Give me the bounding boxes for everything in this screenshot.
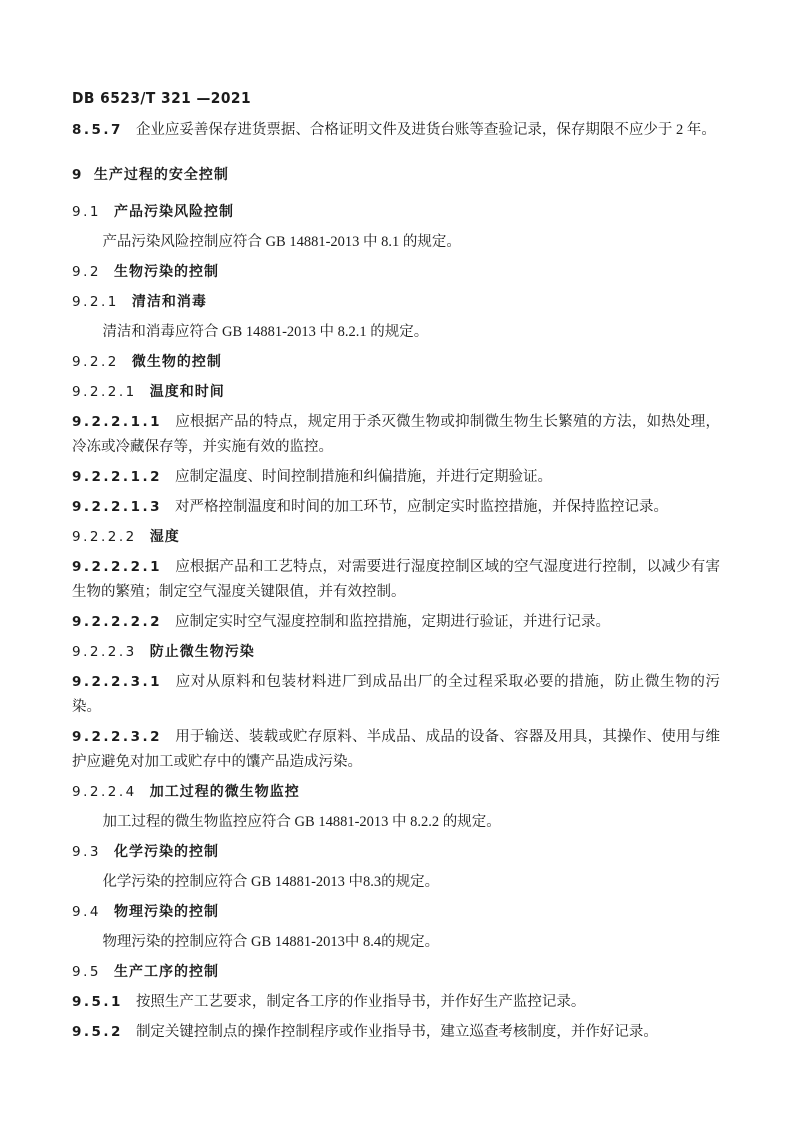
- clause-text: 制定关键控制点的操作控制程序或作业指导书，建立巡查考核制度，并作好记录。: [136, 1024, 658, 1040]
- heading-number: 9.2.2.1: [72, 384, 137, 400]
- heading-number: 9.3: [72, 844, 101, 860]
- clause-text: 应对从原料和包装材料进厂到成品出厂的全过程采取必要的措施，防止微生物的污染。: [72, 674, 720, 715]
- heading-9-2-2-4: 9.2.2.4加工过程的微生物监控: [72, 780, 720, 805]
- heading-number: 9.2: [72, 264, 101, 280]
- body-text: 物理污染的控制应符合 GB 14881-2013中 8.4的规定。: [102, 934, 439, 950]
- body-paragraph-9-4: 物理污染的控制应符合 GB 14881-2013中 8.4的规定。: [72, 930, 720, 955]
- heading-title: 温度和时间: [150, 384, 225, 400]
- clause-number: 9.2.2.2.2: [72, 614, 162, 630]
- body-paragraph-9-2-2-4: 加工过程的微生物监控应符合 GB 14881-2013 中 8.2.2 的规定。: [72, 810, 720, 835]
- document-page: DB 6523/T 321 —2021 8.5.7企业应妥善保存进货票据、合格证…: [0, 0, 793, 1122]
- clause-text: 按照生产工艺要求，制定各工序的作业指导书，并作好生产监控记录。: [136, 994, 586, 1010]
- clause-number: 9.5.1: [72, 994, 123, 1010]
- clause-9-5-2: 9.5.2制定关键控制点的操作控制程序或作业指导书，建立巡查考核制度，并作好记录…: [72, 1020, 720, 1045]
- clause-9-5-1: 9.5.1按照生产工艺要求，制定各工序的作业指导书，并作好生产监控记录。: [72, 990, 720, 1015]
- clause-number: 9.2.2.3.2: [72, 729, 162, 745]
- heading-number: 9.2.1: [72, 294, 119, 310]
- heading-number: 9.2.2: [72, 354, 119, 370]
- heading-title: 化学污染的控制: [114, 844, 219, 860]
- standard-number-header: DB 6523/T 321 —2021: [72, 88, 668, 108]
- heading-9-4: 9.4物理污染的控制: [72, 900, 720, 925]
- body-text: 产品污染风险控制应符合 GB 14881-2013 中 8.1 的规定。: [102, 234, 460, 250]
- body-text: 加工过程的微生物监控应符合 GB 14881-2013 中 8.2.2 的规定。: [102, 814, 500, 830]
- clause-text: 应制定温度、时间控制措施和纠偏措施，并进行定期验证。: [175, 469, 552, 485]
- clause-text: 应根据产品的特点，规定用于杀灭微生物或抑制微生物生长繁殖的方法，如热处理，冷冻或…: [72, 414, 720, 455]
- heading-title: 微生物的控制: [132, 354, 222, 370]
- clause-number: 8.5.7: [72, 122, 123, 138]
- heading-title: 清洁和消毒: [132, 294, 207, 310]
- clause-9-2-2-3-2: 9.2.2.3.2用于输送、装载或贮存原料、半成品、成品的设备、容器及用具，其操…: [72, 725, 720, 775]
- heading-title: 加工过程的微生物监控: [150, 784, 300, 800]
- clause-text: 用于输送、装载或贮存原料、半成品、成品的设备、容器及用具，其操作、使用与维护应避…: [72, 729, 720, 770]
- clause-text: 应制定实时空气湿度控制和监控措施，定期进行验证，并进行记录。: [175, 614, 610, 630]
- clause-9-2-2-1-2: 9.2.2.1.2应制定温度、时间控制措施和纠偏措施，并进行定期验证。: [72, 465, 720, 490]
- clause-text: 企业应妥善保存进货票据、合格证明文件及进货台账等查验记录，保存期限不应少于 2 …: [136, 122, 716, 138]
- heading-title: 生物污染的控制: [114, 264, 219, 280]
- heading-title: 生产过程的安全控制: [94, 167, 229, 183]
- clause-9-2-2-1-1: 9.2.2.1.1应根据产品的特点，规定用于杀灭微生物或抑制微生物生长繁殖的方法…: [72, 410, 720, 460]
- heading-title: 物理污染的控制: [114, 904, 219, 920]
- clause-9-2-2-1-3: 9.2.2.1.3对严格控制温度和时间的加工环节，应制定实时监控措施，并保持监控…: [72, 495, 720, 520]
- heading-number: 9.4: [72, 904, 101, 920]
- heading-9-3: 9.3化学污染的控制: [72, 840, 720, 865]
- body-paragraph-9-3: 化学污染的控制应符合 GB 14881-2013 中8.3的规定。: [72, 870, 720, 895]
- clause-number: 9.2.2.2.1: [72, 559, 162, 575]
- heading-number: 9.5: [72, 964, 101, 980]
- heading-9-2-1: 9.2.1清洁和消毒: [72, 290, 720, 315]
- body-text: 清洁和消毒应符合 GB 14881-2013 中 8.2.1 的规定。: [102, 324, 428, 340]
- clause-number: 9.5.2: [72, 1024, 123, 1040]
- heading-9-5: 9.5生产工序的控制: [72, 960, 720, 985]
- heading-9-2-2-3: 9.2.2.3防止微生物污染: [72, 640, 720, 665]
- heading-9-2-2-2: 9.2.2.2湿度: [72, 525, 720, 550]
- clause-9-2-2-2-1: 9.2.2.2.1应根据产品和工艺特点，对需要进行湿度控制区域的空气湿度进行控制…: [72, 555, 720, 605]
- clause-8-5-7: 8.5.7企业应妥善保存进货票据、合格证明文件及进货台账等查验记录，保存期限不应…: [72, 118, 720, 143]
- clause-text: 应根据产品和工艺特点，对需要进行湿度控制区域的空气湿度进行控制，以减少有害生物的…: [72, 559, 720, 600]
- heading-number: 9.2.2.3: [72, 644, 137, 660]
- body-paragraph-9-1: 产品污染风险控制应符合 GB 14881-2013 中 8.1 的规定。: [72, 230, 720, 255]
- heading-title: 产品污染风险控制: [114, 204, 234, 220]
- heading-number: 9.2.2.2: [72, 529, 137, 545]
- heading-number: 9: [72, 167, 84, 183]
- chapter-heading-9: 9生产过程的安全控制: [72, 163, 720, 188]
- clause-number: 9.2.2.1.1: [72, 414, 162, 430]
- heading-title: 湿度: [150, 529, 180, 545]
- clause-9-2-2-2-2: 9.2.2.2.2应制定实时空气湿度控制和监控措施，定期进行验证，并进行记录。: [72, 610, 720, 635]
- clause-number: 9.2.2.1.2: [72, 469, 162, 485]
- heading-9-2-2: 9.2.2微生物的控制: [72, 350, 720, 375]
- clause-number: 9.2.2.1.3: [72, 499, 162, 515]
- heading-9-1: 9.1产品污染风险控制: [72, 200, 720, 225]
- heading-number: 9.1: [72, 204, 101, 220]
- clause-number: 9.2.2.3.1: [72, 674, 162, 690]
- body-paragraph-9-2-1: 清洁和消毒应符合 GB 14881-2013 中 8.2.1 的规定。: [72, 320, 720, 345]
- heading-number: 9.2.2.4: [72, 784, 137, 800]
- heading-title: 生产工序的控制: [114, 964, 219, 980]
- clause-9-2-2-3-1: 9.2.2.3.1应对从原料和包装材料进厂到成品出厂的全过程采取必要的措施，防止…: [72, 670, 720, 720]
- clause-text: 对严格控制温度和时间的加工环节，应制定实时监控措施，并保持监控记录。: [175, 499, 668, 515]
- heading-9-2-2-1: 9.2.2.1温度和时间: [72, 380, 720, 405]
- heading-title: 防止微生物污染: [150, 644, 255, 660]
- body-text: 化学污染的控制应符合 GB 14881-2013 中8.3的规定。: [102, 874, 439, 890]
- heading-9-2: 9.2生物污染的控制: [72, 260, 720, 285]
